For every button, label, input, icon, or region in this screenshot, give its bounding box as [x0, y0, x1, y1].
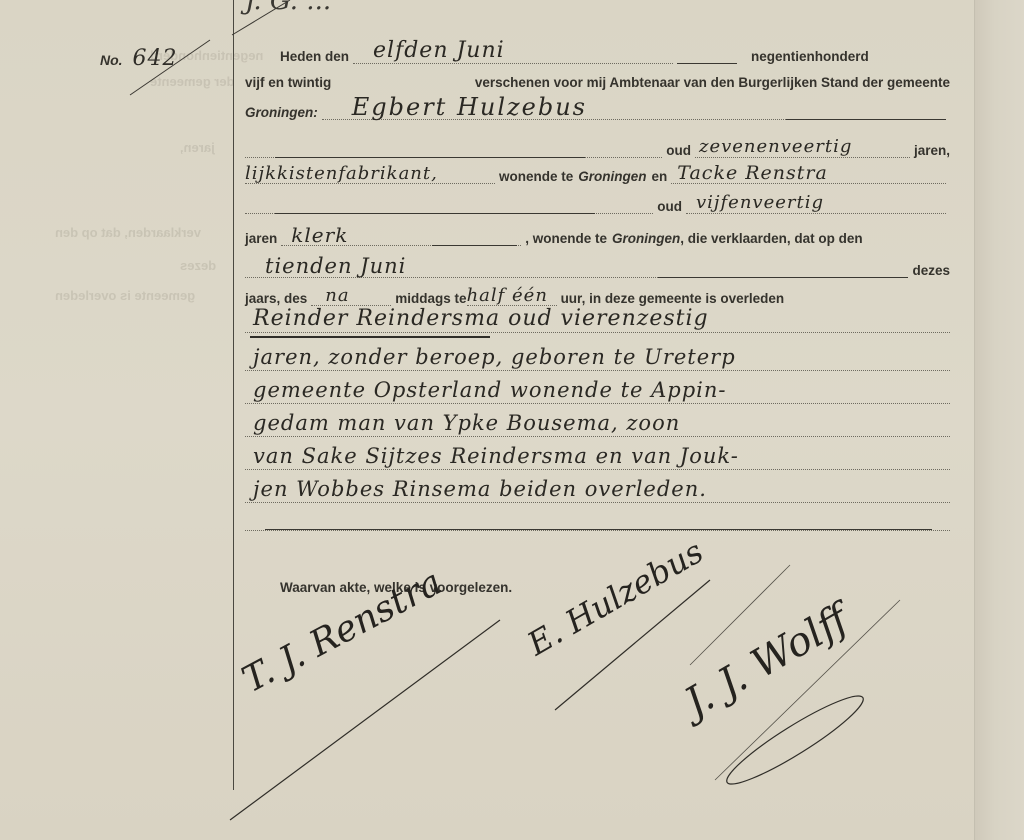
signature-2-flourish	[555, 580, 710, 710]
signature-3-flourish	[715, 600, 900, 780]
register-page: negentienhonderd der gemeente jaren, ver…	[0, 0, 974, 840]
signature-1-flourish	[230, 620, 500, 820]
pen-flourishes	[0, 0, 974, 840]
adjacent-page-edge	[974, 0, 1024, 840]
record-number-slash	[130, 40, 210, 95]
